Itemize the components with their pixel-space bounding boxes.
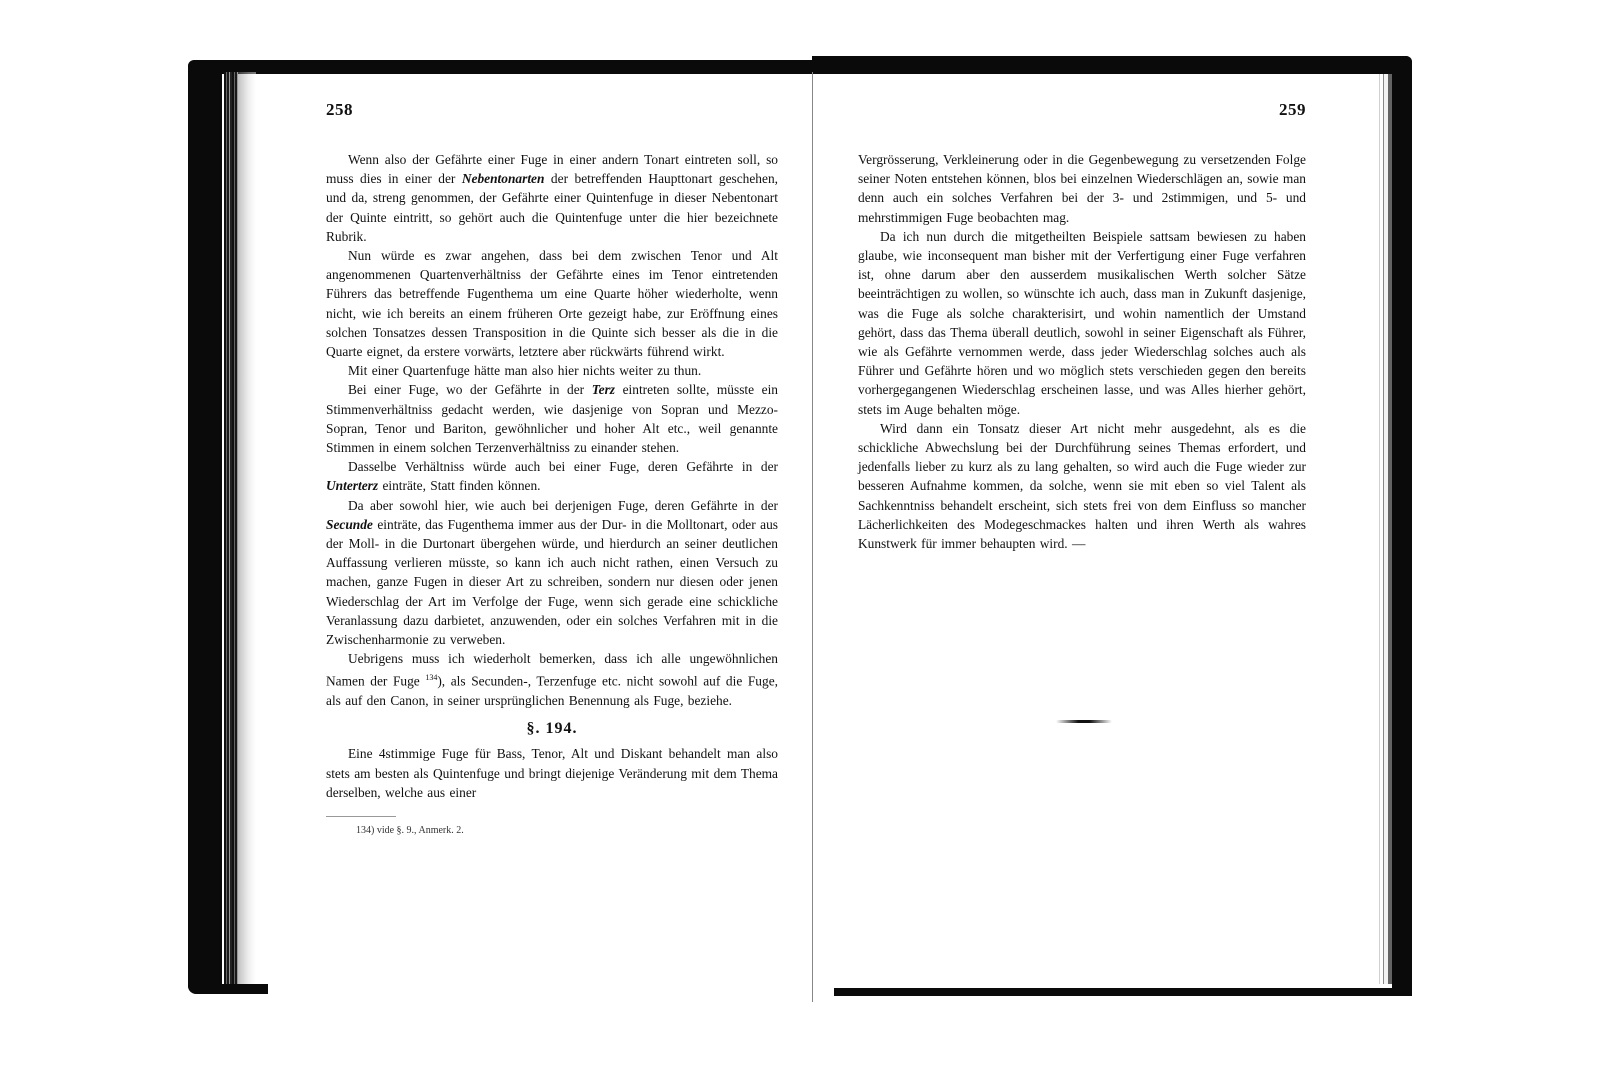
footnote-marker: 134 bbox=[425, 673, 437, 682]
right-page: 259 Vergrösserung, Verkleinerung oder in… bbox=[858, 100, 1306, 553]
paragraph: Da ich nun durch die mitgetheilten Beisp… bbox=[858, 227, 1306, 419]
paragraph: Wenn also der Gefährte einer Fuge in ein… bbox=[326, 150, 778, 246]
book-cover-edge-right bbox=[1392, 56, 1412, 994]
page-stack-left bbox=[224, 72, 238, 986]
emphasis-term: Terz bbox=[592, 382, 615, 397]
book-cover-edge-bottom-left bbox=[188, 984, 268, 994]
footnote-divider bbox=[326, 816, 396, 817]
book-cover-edge-top-left bbox=[188, 60, 812, 74]
emphasis-term: Nebentonarten bbox=[462, 171, 545, 186]
book-cover-edge-left bbox=[188, 62, 222, 992]
book-cover-edge-top-right bbox=[812, 56, 1412, 74]
paragraph: Eine 4stimmige Fuge für Bass, Tenor, Alt… bbox=[326, 744, 778, 802]
paragraph: Da aber sowohl hier, wie auch bei derjen… bbox=[326, 496, 778, 650]
section-heading: §. 194. bbox=[326, 720, 778, 738]
page-number: 258 bbox=[326, 100, 778, 150]
paragraph: Mit einer Quartenfuge hätte man also hie… bbox=[326, 361, 778, 380]
left-page: 258 Wenn also der Gefährte einer Fuge in… bbox=[326, 100, 778, 836]
paragraph: Nun würde es zwar angehen, dass bei dem … bbox=[326, 246, 778, 361]
paragraph: Wird dann ein Tonsatz dieser Art nicht m… bbox=[858, 419, 1306, 553]
paragraph: Bei einer Fuge, wo der Gefährte in der T… bbox=[326, 380, 778, 457]
paragraph: Dasselbe Verhältniss würde auch bei eine… bbox=[326, 457, 778, 495]
book-gutter bbox=[812, 72, 813, 1002]
page-stack-right bbox=[1376, 74, 1392, 984]
footnote: 134) vide §. 9., Anmerk. 2. bbox=[326, 825, 778, 836]
emphasis-term: Secunde bbox=[326, 517, 373, 532]
closing-ornament-rule bbox=[1056, 720, 1112, 723]
paragraph: Vergrösserung, Verkleinerung oder in die… bbox=[858, 150, 1306, 227]
page-shadow-left bbox=[238, 72, 256, 986]
emphasis-term: Unterterz bbox=[326, 478, 378, 493]
book-scan: 258 Wenn also der Gefährte einer Fuge in… bbox=[0, 0, 1600, 1078]
book-cover-edge-bottom-right bbox=[834, 988, 1412, 996]
page-number: 259 bbox=[858, 100, 1306, 150]
paragraph: Uebrigens muss ich wiederholt bemerken, … bbox=[326, 649, 778, 710]
